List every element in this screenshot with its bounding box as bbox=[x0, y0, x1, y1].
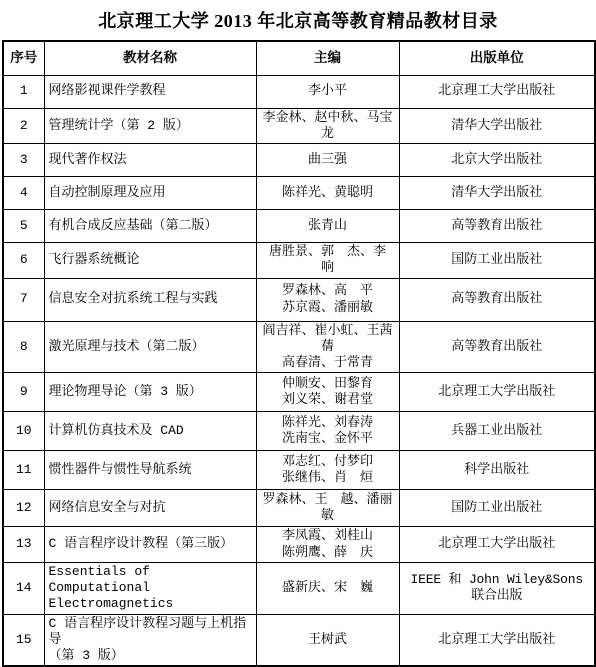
cell-serial: 13 bbox=[3, 527, 44, 563]
cell-serial: 5 bbox=[3, 210, 44, 243]
textbook-table: 序号 教材名称 主编 出版单位 1 网络影视课件学教程 李小平 北京理工大学出版… bbox=[2, 40, 596, 667]
table-row: 4 自动控制原理及应用 陈祥光、黄聪明 清华大学出版社 bbox=[3, 177, 595, 210]
cell-serial: 6 bbox=[3, 243, 44, 279]
table-row: 11 惯性器件与惯性导航系统 邓志红、付梦印 张继伟、肖 烜 科学出版社 bbox=[3, 451, 595, 490]
cell-publisher: 北京理工大学出版社 bbox=[399, 75, 595, 108]
cell-editors: 李凤霞、刘桂山 陈朔鹰、薛 庆 bbox=[256, 527, 399, 563]
cell-book-title: 现代著作权法 bbox=[44, 144, 256, 177]
cell-book-title: 网络信息安全与对抗 bbox=[44, 490, 256, 527]
table-row: 9 理论物理导论（第 3 版） 仲顺安、田黎育 刘义荣、谢君堂 北京理工大学出版… bbox=[3, 373, 595, 412]
cell-serial: 1 bbox=[3, 75, 44, 108]
cell-publisher: 清华大学出版社 bbox=[399, 108, 595, 144]
cell-editors: 张青山 bbox=[256, 210, 399, 243]
cell-editors: 邓志红、付梦印 张继伟、肖 烜 bbox=[256, 451, 399, 490]
cell-publisher: 北京理工大学出版社 bbox=[399, 373, 595, 412]
cell-editors: 李小平 bbox=[256, 75, 399, 108]
cell-book-title: Essentials of Computational Electromagne… bbox=[44, 562, 256, 614]
cell-publisher: 高等教育出版社 bbox=[399, 210, 595, 243]
cell-publisher: 国防工业出版社 bbox=[399, 490, 595, 527]
cell-book-title: 计算机仿真技术及 CAD bbox=[44, 412, 256, 451]
cell-editors: 盛新庆、宋 巍 bbox=[256, 562, 399, 614]
cell-serial: 12 bbox=[3, 490, 44, 527]
cell-book-title: 理论物理导论（第 3 版） bbox=[44, 373, 256, 412]
cell-serial: 8 bbox=[3, 321, 44, 373]
cell-editors: 陈祥光、黄聪明 bbox=[256, 177, 399, 210]
table-row: 3 现代著作权法 曲三强 北京大学出版社 bbox=[3, 144, 595, 177]
cell-editors: 罗森林、王 越、潘丽敏 bbox=[256, 490, 399, 527]
column-header-serial: 序号 bbox=[3, 41, 44, 75]
cell-book-title: 飞行器系统概论 bbox=[44, 243, 256, 279]
cell-editors: 唐胜景、郭 杰、李 响 bbox=[256, 243, 399, 279]
cell-serial: 4 bbox=[3, 177, 44, 210]
cell-publisher: 北京理工大学出版社 bbox=[399, 527, 595, 563]
column-header-book-title: 教材名称 bbox=[44, 41, 256, 75]
column-header-editor: 主编 bbox=[256, 41, 399, 75]
column-header-publisher: 出版单位 bbox=[399, 41, 595, 75]
table-row: 12 网络信息安全与对抗 罗森林、王 越、潘丽敏 国防工业出版社 bbox=[3, 490, 595, 527]
cell-serial: 11 bbox=[3, 451, 44, 490]
cell-publisher: 北京理工大学出版社 bbox=[399, 614, 595, 666]
table-row: 8 激光原理与技术（第二版） 阎吉祥、崔小虹、王茜蒨 高春清、于常青 高等教育出… bbox=[3, 321, 595, 373]
cell-serial: 3 bbox=[3, 144, 44, 177]
cell-editors: 王树武 bbox=[256, 614, 399, 666]
cell-serial: 7 bbox=[3, 278, 44, 321]
table-row: 13 C 语言程序设计教程（第三版） 李凤霞、刘桂山 陈朔鹰、薛 庆 北京理工大… bbox=[3, 527, 595, 563]
table-row: 10 计算机仿真技术及 CAD 陈祥光、刘春涛 冼南宝、金怀平 兵器工业出版社 bbox=[3, 412, 595, 451]
cell-book-title: 激光原理与技术（第二版） bbox=[44, 321, 256, 373]
cell-book-title: 管理统计学（第 2 版） bbox=[44, 108, 256, 144]
cell-editors: 李金林、赵中秋、马宝龙 bbox=[256, 108, 399, 144]
cell-editors: 阎吉祥、崔小虹、王茜蒨 高春清、于常青 bbox=[256, 321, 399, 373]
table-row: 2 管理统计学（第 2 版） 李金林、赵中秋、马宝龙 清华大学出版社 bbox=[3, 108, 595, 144]
table-row: 14 Essentials of Computational Electroma… bbox=[3, 562, 595, 614]
table-row: 7 信息安全对抗系统工程与实践 罗森林、高 平 苏京霞、潘丽敏 高等教育出版社 bbox=[3, 278, 595, 321]
table-row: 1 网络影视课件学教程 李小平 北京理工大学出版社 bbox=[3, 75, 595, 108]
cell-publisher: 科学出版社 bbox=[399, 451, 595, 490]
table-header-row: 序号 教材名称 主编 出版单位 bbox=[3, 41, 595, 75]
cell-publisher: 高等教育出版社 bbox=[399, 321, 595, 373]
page-title: 北京理工大学 2013 年北京高等教育精品教材目录 bbox=[0, 0, 596, 40]
cell-book-title: 网络影视课件学教程 bbox=[44, 75, 256, 108]
cell-book-title: 有机合成反应基础（第二版） bbox=[44, 210, 256, 243]
cell-book-title: C 语言程序设计教程习题与上机指导 （第 3 版） bbox=[44, 614, 256, 666]
cell-book-title: 信息安全对抗系统工程与实践 bbox=[44, 278, 256, 321]
cell-editors: 仲顺安、田黎育 刘义荣、谢君堂 bbox=[256, 373, 399, 412]
cell-book-title: 惯性器件与惯性导航系统 bbox=[44, 451, 256, 490]
cell-publisher: IEEE 和 John Wiley&Sons 联合出版 bbox=[399, 562, 595, 614]
table-row: 6 飞行器系统概论 唐胜景、郭 杰、李 响 国防工业出版社 bbox=[3, 243, 595, 279]
cell-publisher: 兵器工业出版社 bbox=[399, 412, 595, 451]
cell-book-title: 自动控制原理及应用 bbox=[44, 177, 256, 210]
cell-serial: 2 bbox=[3, 108, 44, 144]
cell-serial: 9 bbox=[3, 373, 44, 412]
cell-editors: 罗森林、高 平 苏京霞、潘丽敏 bbox=[256, 278, 399, 321]
cell-editors: 曲三强 bbox=[256, 144, 399, 177]
cell-serial: 10 bbox=[3, 412, 44, 451]
table-row: 15 C 语言程序设计教程习题与上机指导 （第 3 版） 王树武 北京理工大学出… bbox=[3, 614, 595, 666]
table-row: 5 有机合成反应基础（第二版） 张青山 高等教育出版社 bbox=[3, 210, 595, 243]
cell-book-title: C 语言程序设计教程（第三版） bbox=[44, 527, 256, 563]
cell-serial: 15 bbox=[3, 614, 44, 666]
cell-editors: 陈祥光、刘春涛 冼南宝、金怀平 bbox=[256, 412, 399, 451]
cell-serial: 14 bbox=[3, 562, 44, 614]
cell-publisher: 国防工业出版社 bbox=[399, 243, 595, 279]
cell-publisher: 高等教育出版社 bbox=[399, 278, 595, 321]
cell-publisher: 清华大学出版社 bbox=[399, 177, 595, 210]
cell-publisher: 北京大学出版社 bbox=[399, 144, 595, 177]
